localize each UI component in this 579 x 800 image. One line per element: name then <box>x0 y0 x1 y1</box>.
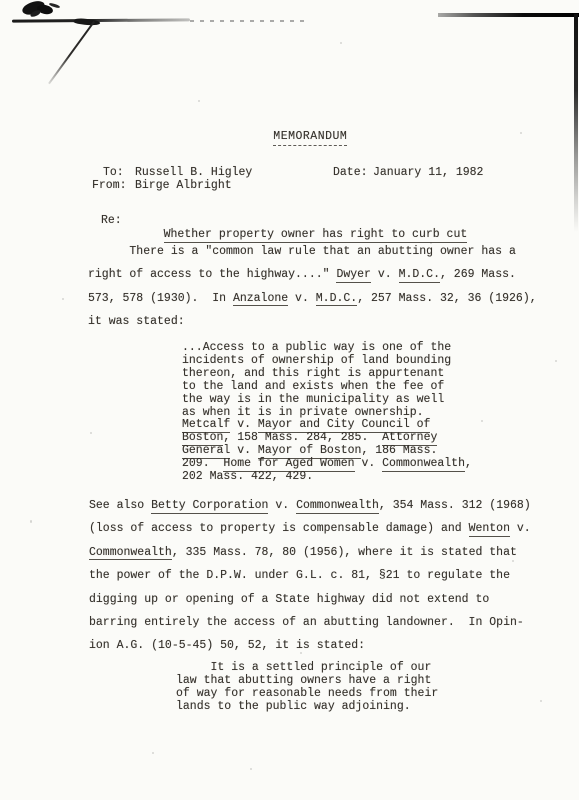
scan-streak-top-right <box>438 13 579 17</box>
memo-title-text: MEMORANDUM <box>273 130 347 146</box>
text-segment: , 335 Mass. 78, 80 (1956), where it is s… <box>172 546 517 559</box>
text-segment: v. <box>510 522 531 535</box>
text-segment: it was stated: <box>88 315 185 328</box>
text-segment: right of access to the highway...." <box>88 268 336 281</box>
to-label: To: <box>103 166 124 180</box>
text-segment: barring entirely the access of an abutti… <box>89 616 524 629</box>
text-segment: Commonwealth <box>382 457 465 472</box>
text-line: right of access to the highway...." Dwye… <box>88 263 537 286</box>
date-value: January 11, 1982 <box>373 166 483 180</box>
text-segment: M.D.C. <box>316 292 357 307</box>
text-segment: lands to the public way adjoining. <box>176 700 411 713</box>
paper-speckle <box>30 520 32 523</box>
paper-speckle <box>198 100 200 102</box>
paper-speckle <box>62 298 64 300</box>
re-label: Re: <box>101 214 122 228</box>
text-segment: v. <box>230 418 258 431</box>
text-segment: , 354 Mass. 312 (1968) <box>379 499 531 512</box>
text-line: digging up or opening of a State highway… <box>89 588 531 611</box>
blockquote-opinion-ag: It is a settled principle of ourlaw that… <box>176 662 438 714</box>
text-line: Commonwealth, 335 Mass. 78, 80 (1956), w… <box>89 541 531 564</box>
ink-blob <box>49 2 60 8</box>
from-label: From: <box>92 179 127 193</box>
ink-blob <box>36 3 54 15</box>
text-segment: to the land and exists when the fee of <box>182 380 444 393</box>
text-segment: digging up or opening of a State highway… <box>89 593 489 606</box>
paper-speckle <box>152 752 154 754</box>
text-segment: There is a "common law rule that an abut… <box>88 245 516 258</box>
text-line: See also Betty Corporation v. Commonweal… <box>89 494 531 517</box>
paper-speckle <box>555 360 557 362</box>
ink-blob <box>29 9 41 18</box>
blockquote-anzalone: ...Access to a public way is one of thei… <box>182 342 472 484</box>
text-segment: M.D.C. <box>399 268 440 283</box>
ink-blob <box>21 0 46 17</box>
text-segment: , 269 Mass. <box>440 268 516 281</box>
text-line: There is a "common law rule that an abut… <box>88 240 537 263</box>
text-segment: 202 Mass. 422, 429. <box>182 470 313 483</box>
to-value: Russell B. Higley <box>135 166 252 180</box>
text-segment: It is a settled principle of our <box>176 661 431 674</box>
from-value: Birge Albright <box>135 179 232 193</box>
text-segment: (loss of access to property is compensab… <box>89 522 469 535</box>
text-segment: as when it is in private ownership. <box>182 406 424 419</box>
text-segment: Commonwealth <box>296 499 379 514</box>
text-segment: Commonwealth <box>89 546 172 561</box>
scan-streak-left <box>12 18 190 22</box>
text-segment: v. <box>288 292 316 305</box>
scan-crease-mark <box>72 18 102 27</box>
scan-streak-dots <box>190 20 308 22</box>
text-segment: of way for reasonable needs from their <box>176 687 438 700</box>
memo-title: MEMORANDUM <box>14 116 579 158</box>
text-segment: , 158 Mass. 284, 285. <box>223 431 382 444</box>
text-segment: the power of the D.P.W. under G.L. c. 81… <box>89 569 510 582</box>
paper-speckle <box>481 420 483 422</box>
text-segment: thereon, and this right is appurtenant <box>182 367 444 380</box>
text-segment: Wenton <box>469 522 510 537</box>
paper-speckle <box>540 700 542 702</box>
text-segment: incidents of ownership of land bounding <box>182 354 451 367</box>
text-line: barring entirely the access of an abutti… <box>89 611 531 634</box>
text-segment: , 186 Mass. <box>361 444 437 457</box>
text-line: the power of the D.P.W. under G.L. c. 81… <box>89 564 531 587</box>
text-line: 202 Mass. 422, 429. <box>182 471 472 484</box>
text-segment: v. <box>230 444 258 457</box>
text-segment: law that abutting owners have a right <box>176 674 431 687</box>
text-segment: ion A.G. (10-5-45) 50, 52, it is stated: <box>89 639 365 652</box>
text-segment: v. <box>355 457 383 470</box>
text-line: ion A.G. (10-5-45) 50, 52, it is stated: <box>89 634 531 657</box>
paragraph-common-law-rule: There is a "common law rule that an abut… <box>88 240 537 334</box>
text-segment: , <box>465 457 472 470</box>
paragraph-see-also: See also Betty Corporation v. Commonweal… <box>89 494 531 658</box>
text-segment: 573, 578 (1930). In <box>88 292 233 305</box>
paper-speckle <box>340 42 342 44</box>
text-line: lands to the public way adjoining. <box>176 701 438 714</box>
text-segment: the way is in the municipality as well <box>182 393 444 406</box>
text-line: (loss of access to property is compensab… <box>89 517 531 540</box>
text-segment: v. <box>268 499 296 512</box>
text-line: it was stated: <box>88 310 537 333</box>
scan-crease-line <box>48 21 95 84</box>
text-line: 573, 578 (1930). In Anzalone v. M.D.C., … <box>88 287 537 310</box>
text-segment: ...Access to a public way is one of the <box>182 341 451 354</box>
memo-document: MEMORANDUM To: Russell B. Higley Date: J… <box>0 0 579 800</box>
text-segment: , 257 Mass. 32, 36 (1926), <box>357 292 536 305</box>
text-segment: See also <box>89 499 151 512</box>
text-segment: 209. <box>182 457 223 470</box>
date-label: Date: <box>333 166 368 180</box>
text-segment: Anzalone <box>233 292 288 307</box>
text-segment: Dwyer <box>336 268 371 283</box>
text-segment: Betty Corporation <box>151 499 268 514</box>
paper-speckle <box>250 768 252 770</box>
text-segment: v. <box>371 268 399 281</box>
paper-speckle <box>90 432 92 434</box>
